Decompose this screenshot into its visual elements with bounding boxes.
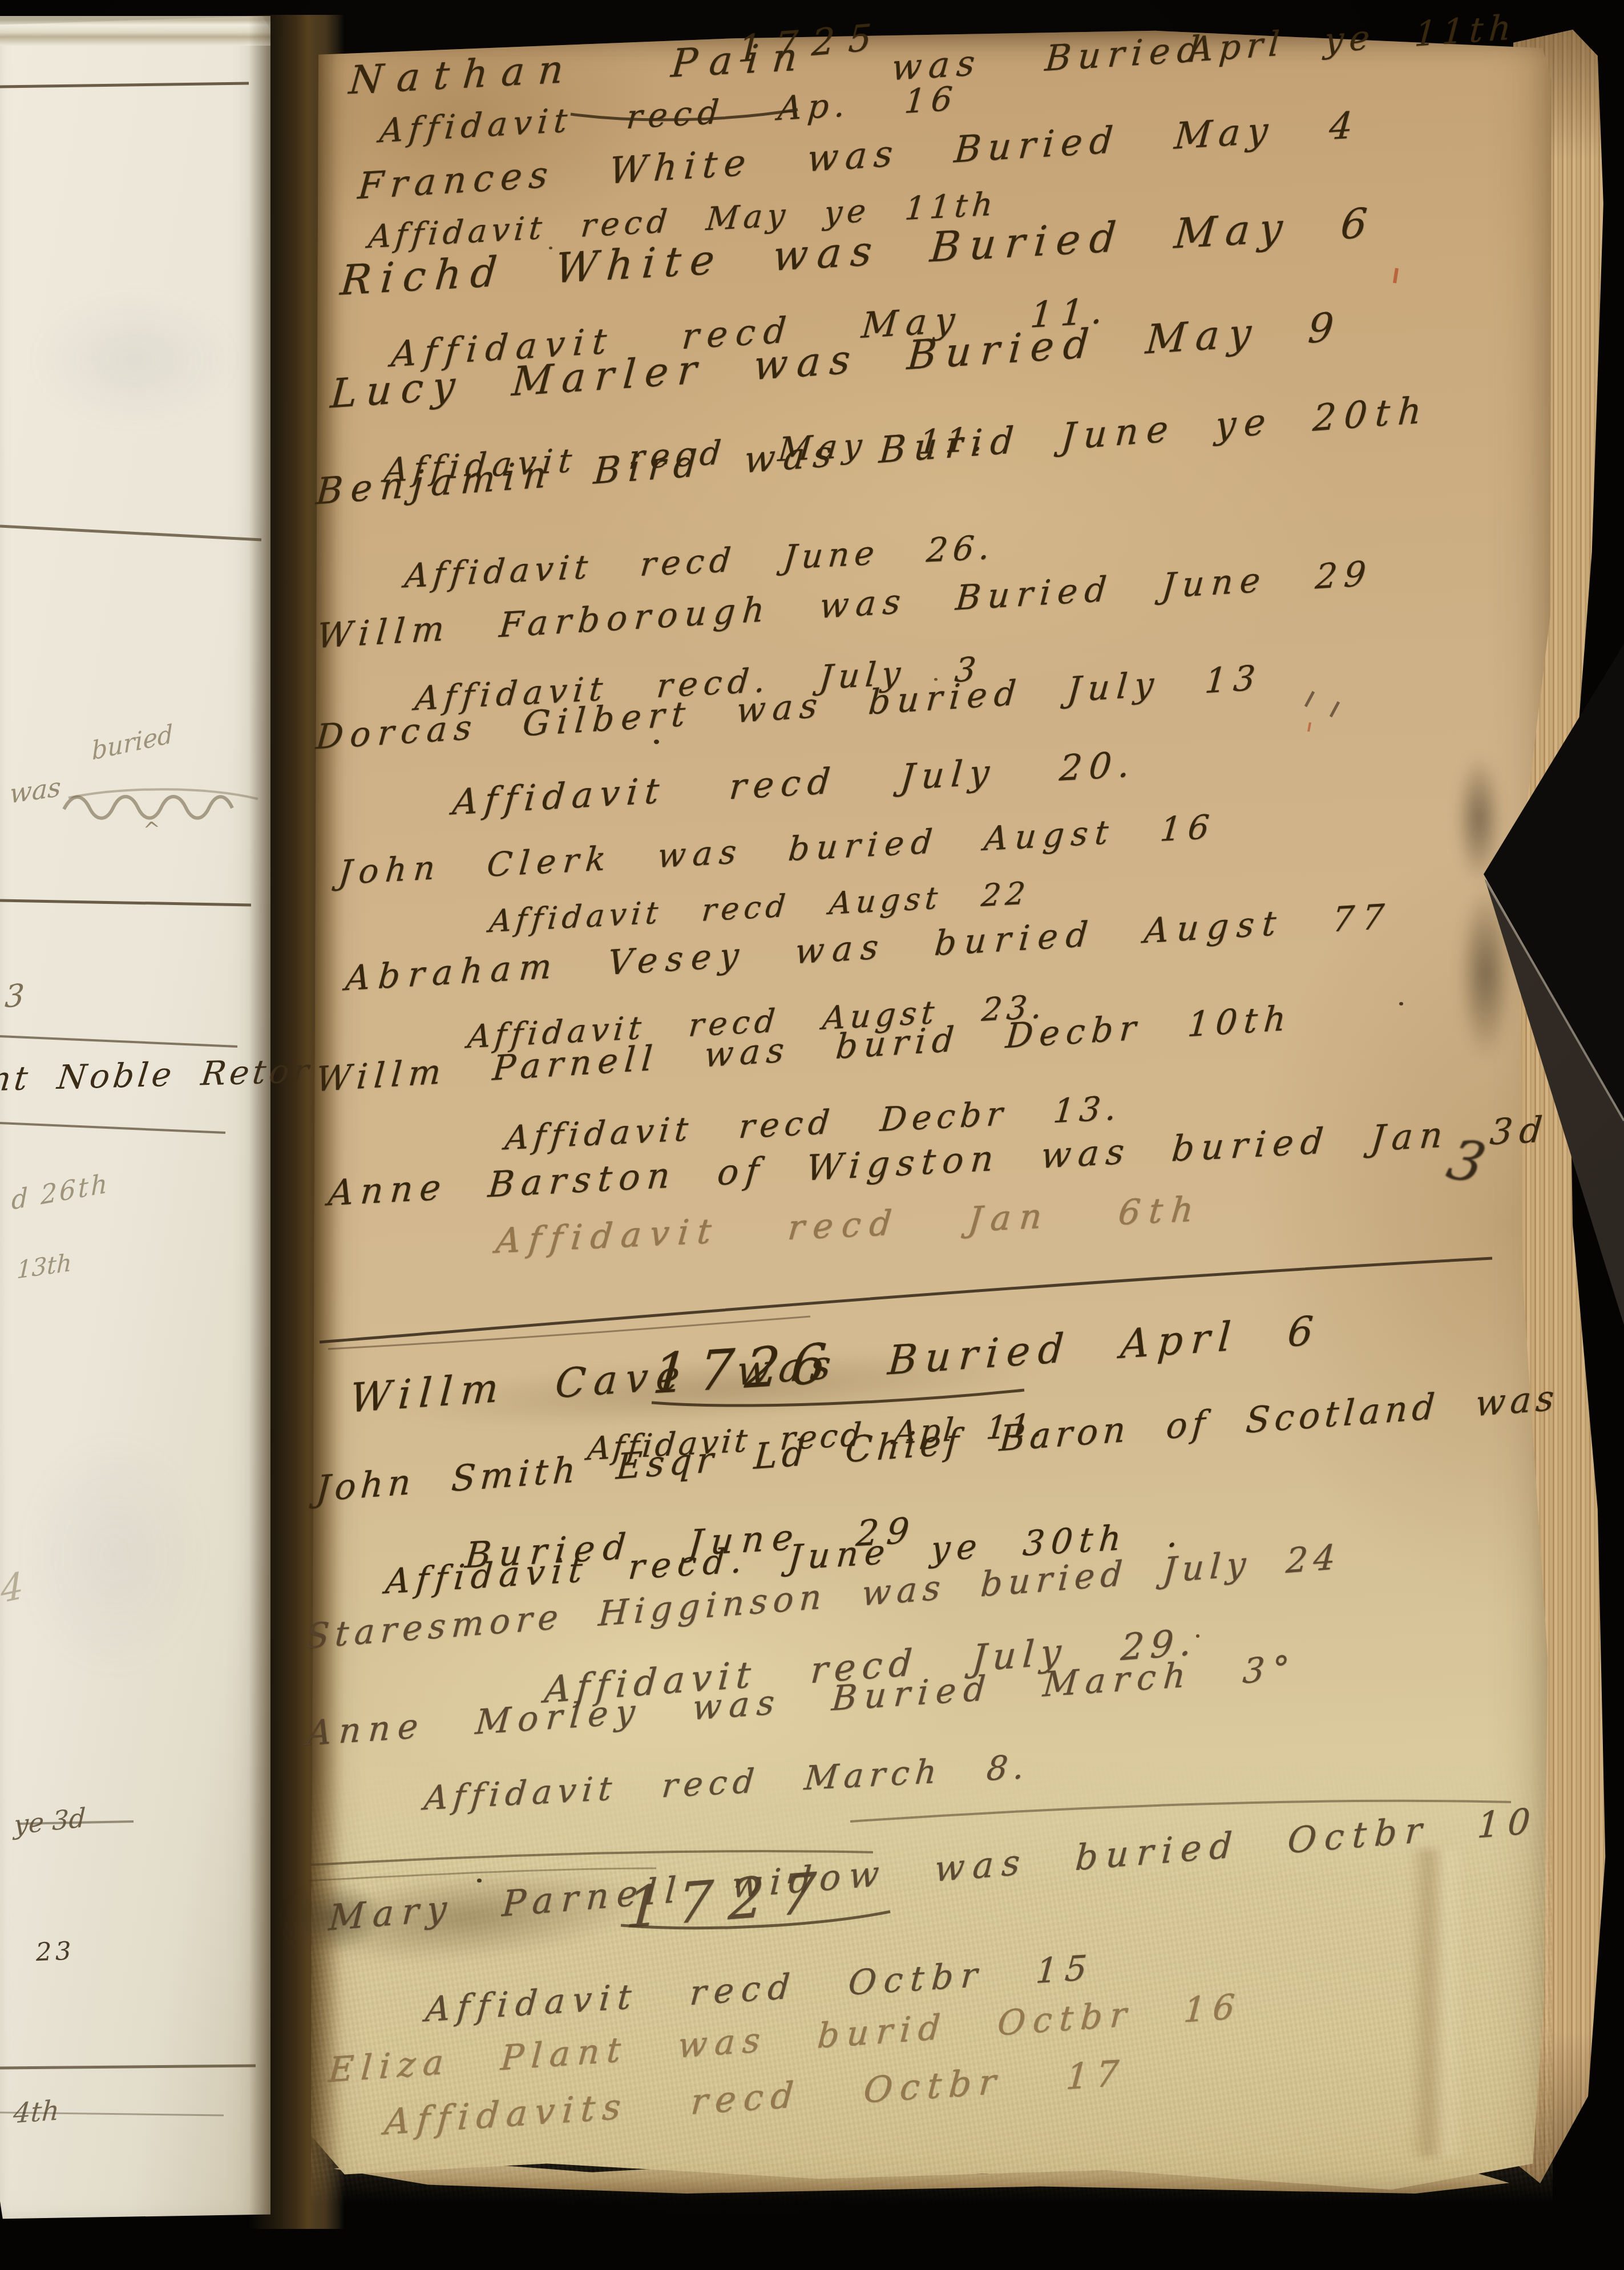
manuscript-photo: Nathan Pain 1725 was Buried Aprl ye 11th… xyxy=(0,0,1624,2270)
ink-speck xyxy=(477,1879,482,1883)
left-fragment-noble: nt Noble Retor xyxy=(0,1054,314,1096)
caret-mark: ^ xyxy=(143,819,161,841)
ink-speck xyxy=(654,740,659,744)
left-fragment: 3 xyxy=(4,980,25,1012)
left-fragment: 23 xyxy=(35,1939,75,1965)
left-fragment: 4 xyxy=(0,1568,24,1609)
left-fragment: ye 3d xyxy=(13,1804,86,1839)
bleed-through xyxy=(20,1432,208,1678)
left-page-top-edge xyxy=(0,16,270,46)
ink-speck xyxy=(1399,1002,1403,1005)
left-fragment: was xyxy=(9,773,61,807)
left-fragment: 4th xyxy=(13,2097,60,2127)
paper-crease xyxy=(1409,1849,1467,2157)
bleed-through xyxy=(31,291,237,428)
